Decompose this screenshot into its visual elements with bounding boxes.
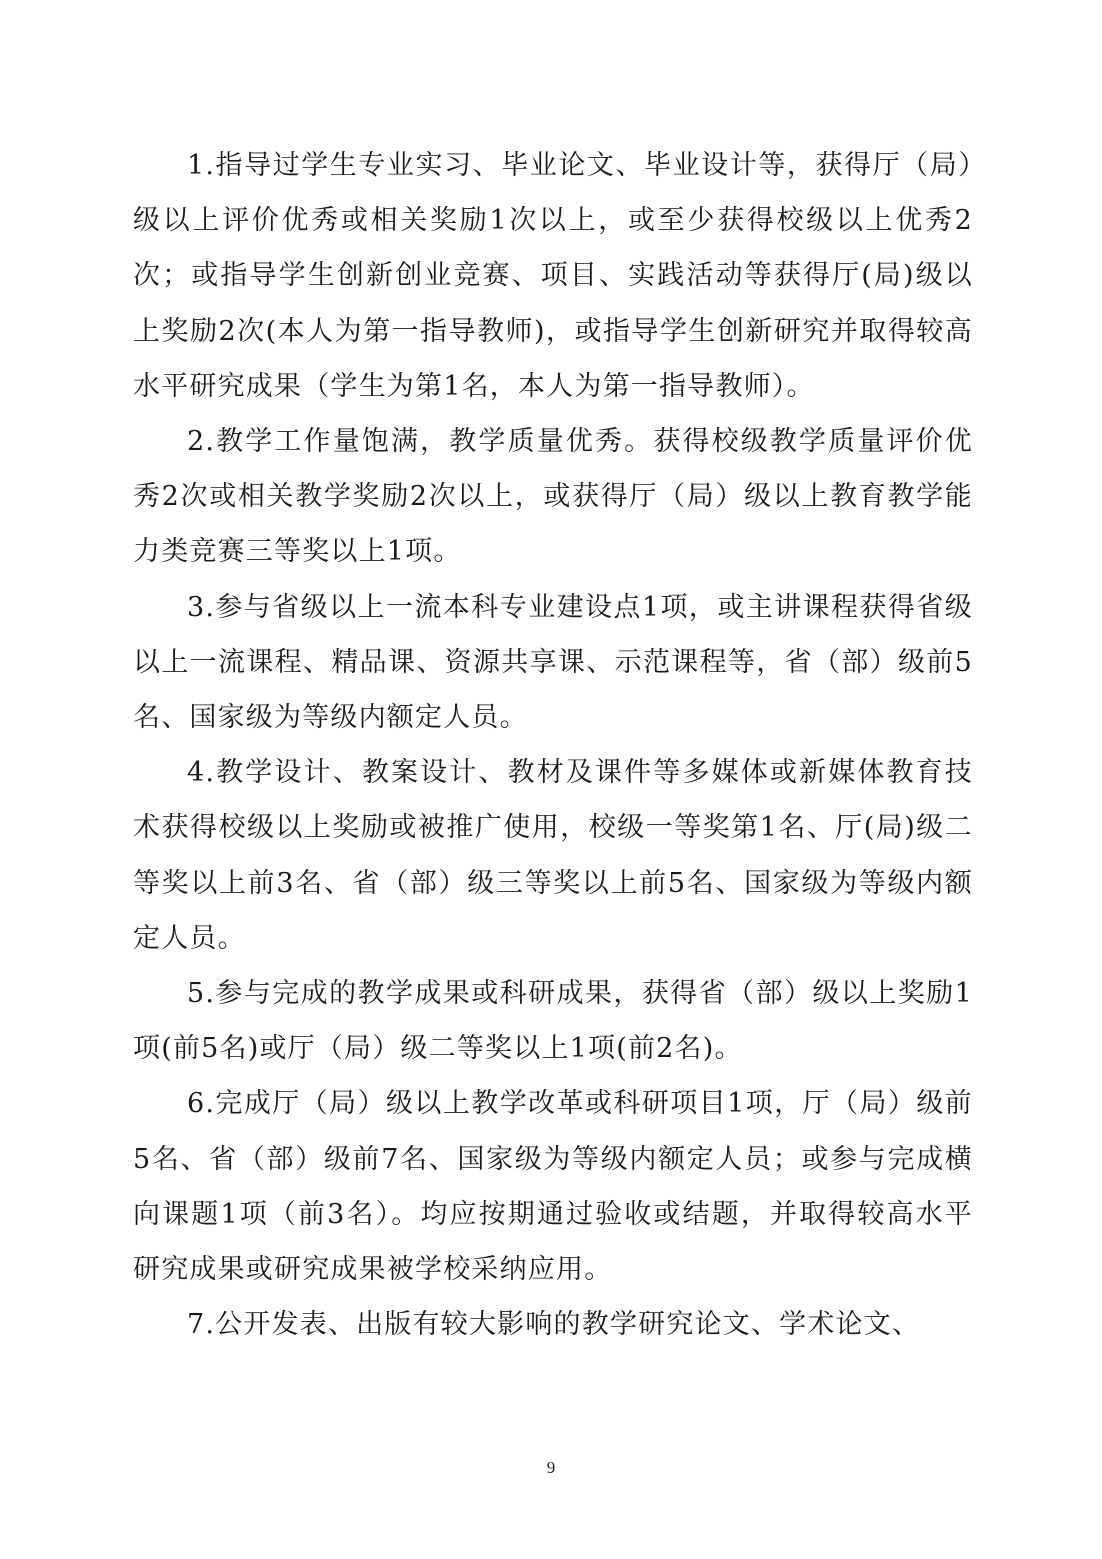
document-body: 1.指导过学生专业实习、毕业论文、毕业设计等，获得厅（局）级以上评价优秀或相关奖… xyxy=(133,138,973,1352)
paragraph-6: 6.完成厅（局）级以上教学改革或科研项目1项，厅（局）级前5名、省（部）级前7名… xyxy=(133,1076,973,1297)
paragraph-3: 3.参与省级以上一流本科专业建设点1项，或主讲课程获得省级以上一流课程、精品课、… xyxy=(133,580,973,746)
paragraph-4: 4.教学设计、教案设计、教材及课件等多媒体或新媒体教育技术获得校级以上奖励或被推… xyxy=(133,745,973,966)
paragraph-2: 2.教学工作量饱满，教学质量优秀。获得校级教学质量评价优秀2次或相关教学奖励2次… xyxy=(133,414,973,580)
paragraph-5: 5.参与完成的教学成果或科研成果，获得省（部）级以上奖励1项(前5名)或厅（局）… xyxy=(133,966,973,1076)
paragraph-1: 1.指导过学生专业实习、毕业论文、毕业设计等，获得厅（局）级以上评价优秀或相关奖… xyxy=(133,138,973,414)
page-number: 9 xyxy=(0,1458,1102,1478)
paragraph-7: 7.公开发表、出版有较大影响的教学研究论文、学术论文、 xyxy=(133,1297,973,1352)
